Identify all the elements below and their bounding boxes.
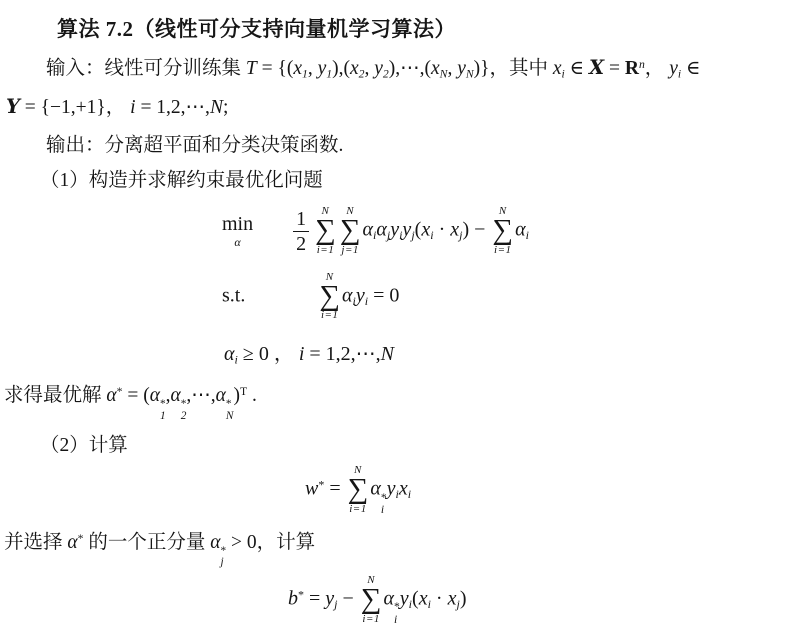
step-1-line: （1）构造并求解约束最优化问题 bbox=[0, 157, 793, 192]
solution-line: 求得最优解 α* = (α*1,α*2,⋯,α*N)T . bbox=[0, 368, 793, 422]
output-line: 输出：分离超平面和分类决策函数. bbox=[0, 124, 793, 157]
w-equation: w* = N∑i=1α*iyixi bbox=[0, 457, 793, 516]
objective-equation: minα12N∑i=1N∑j=1αiαjyiyj(xi · xj) − N∑i=… bbox=[0, 192, 793, 256]
constraint-equation-1: s.t.N∑i=1αiyi = 0 bbox=[0, 256, 793, 322]
step-2-line: （2）计算 bbox=[0, 422, 793, 457]
b-equation: b* = yj − N∑i=1α*iyi(xi · xj) bbox=[0, 569, 793, 626]
select-component-line: 并选择 α* 的一个正分量 α*j > 0，计算 bbox=[0, 516, 793, 569]
constraint-equation-2: αi ≥ 0 ， i = 1,2,⋯,N bbox=[0, 321, 793, 368]
input-paragraph: 输入：线性可分训练集 T = {(x1, y1),(x2, y2),⋯,(xN,… bbox=[0, 43, 793, 124]
document-page: 算法 7.2（线性可分支持向量机学习算法） 输入：线性可分训练集 T = {(x… bbox=[0, 0, 793, 638]
algorithm-title: 算法 7.2（线性可分支持向量机学习算法） bbox=[0, 0, 793, 43]
